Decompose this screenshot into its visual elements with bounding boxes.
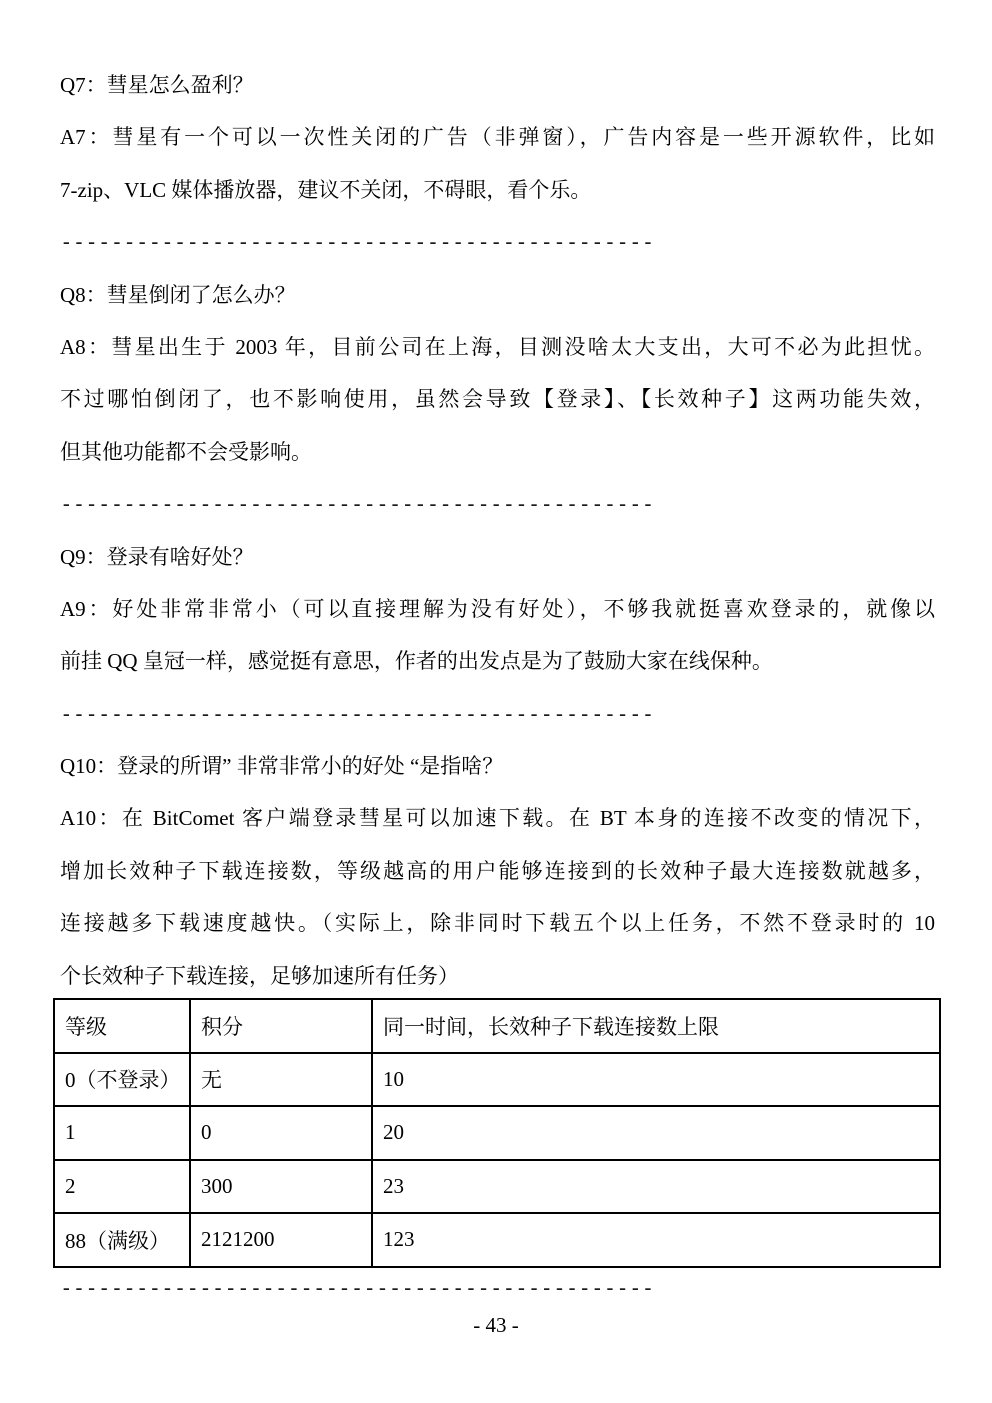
document-page: Q7：彗星怎么盈利？A7：彗星有一个可以一次性关闭的广告（非弹窗），广告内容是一… <box>0 0 992 1403</box>
table-header-cell: 同一时间，长效种子下载连接数上限 <box>372 999 940 1053</box>
table-cell: 20 <box>372 1106 940 1160</box>
longterm-seed-connection-limits-table: 等级积分同一时间，长效种子下载连接数上限0（不登录）无1010202300238… <box>53 998 941 1268</box>
question-q10: Q10：登录的所谓” 非常非常小的好处 “是指啥？ <box>60 740 935 792</box>
answer-a9-line1: A9：好处非常非常小（可以直接理解为没有好处），不够我就挺喜欢登录的，就像以 <box>60 583 935 635</box>
table-cell: 2 <box>54 1160 190 1214</box>
faq-content: Q7：彗星怎么盈利？A7：彗星有一个可以一次性关闭的广告（非弹窗），广告内容是一… <box>0 0 992 1308</box>
answer-a7-line1: A7：彗星有一个可以一次性关闭的广告（非弹窗），广告内容是一些开源软件，比如 <box>60 111 935 163</box>
table-cell: 10 <box>372 1053 940 1107</box>
table-cell: 0（不登录） <box>54 1053 190 1107</box>
table-header-cell: 积分 <box>190 999 372 1053</box>
page-number: - 43 - <box>473 1313 519 1337</box>
table-cell: 88（满级） <box>54 1213 190 1267</box>
table-cell: 无 <box>190 1053 372 1107</box>
question-q7: Q7：彗星怎么盈利？ <box>60 59 935 111</box>
dashed-separator: ----------------------------------------… <box>60 1268 935 1308</box>
table-cell: 123 <box>372 1213 940 1267</box>
table-row: 0（不登录）无10 <box>54 1053 940 1107</box>
page-footer: - 43 - <box>0 1310 992 1340</box>
answer-a8-line2: 不过哪怕倒闭了，也不影响使用，虽然会导致【登录】、【长效种子】这两功能失效， <box>60 373 935 425</box>
table-cell: 300 <box>190 1160 372 1214</box>
dashed-separator: ----------------------------------------… <box>60 478 935 530</box>
table-row: 1020 <box>54 1106 940 1160</box>
answer-a9-line2: 前挂 QQ 皇冠一样，感觉挺有意思，作者的出发点是为了鼓励大家在线保种。 <box>60 635 935 687</box>
answer-a8-line1: A8：彗星出生于 2003 年，目前公司在上海，目测没啥太大支出，大可不必为此担… <box>60 321 935 373</box>
table-cell: 1 <box>54 1106 190 1160</box>
table-cell: 23 <box>372 1160 940 1214</box>
answer-a10-line4: 个长效种子下载连接，足够加速所有任务） <box>60 950 935 1002</box>
answer-a10-line2: 增加长效种子下载连接数，等级越高的用户能够连接到的长效种子最大连接数就越多， <box>60 845 935 897</box>
dashed-separator: ----------------------------------------… <box>60 688 935 740</box>
table-header-cell: 等级 <box>54 999 190 1053</box>
answer-a7-line2: 7-zip、VLC 媒体播放器，建议不关闭，不碍眼，看个乐。 <box>60 164 935 216</box>
table-cell: 0 <box>190 1106 372 1160</box>
answer-a8-line3: 但其他功能都不会受影响。 <box>60 426 935 478</box>
answer-a10-line1: A10：在 BitComet 客户端登录彗星可以加速下载。在 BT 本身的连接不… <box>60 792 935 844</box>
question-q9: Q9：登录有啥好处？ <box>60 531 935 583</box>
table-row: 88（满级）2121200123 <box>54 1213 940 1267</box>
question-q8: Q8：彗星倒闭了怎么办？ <box>60 269 935 321</box>
table-row: 230023 <box>54 1160 940 1214</box>
dashed-separator: ----------------------------------------… <box>60 216 935 268</box>
answer-a10-line3: 连接越多下载速度越快。（实际上，除非同时下载五个以上任务，不然不登录时的 10 <box>60 897 935 949</box>
table-cell: 2121200 <box>190 1213 372 1267</box>
table-header-row: 等级积分同一时间，长效种子下载连接数上限 <box>54 999 940 1053</box>
